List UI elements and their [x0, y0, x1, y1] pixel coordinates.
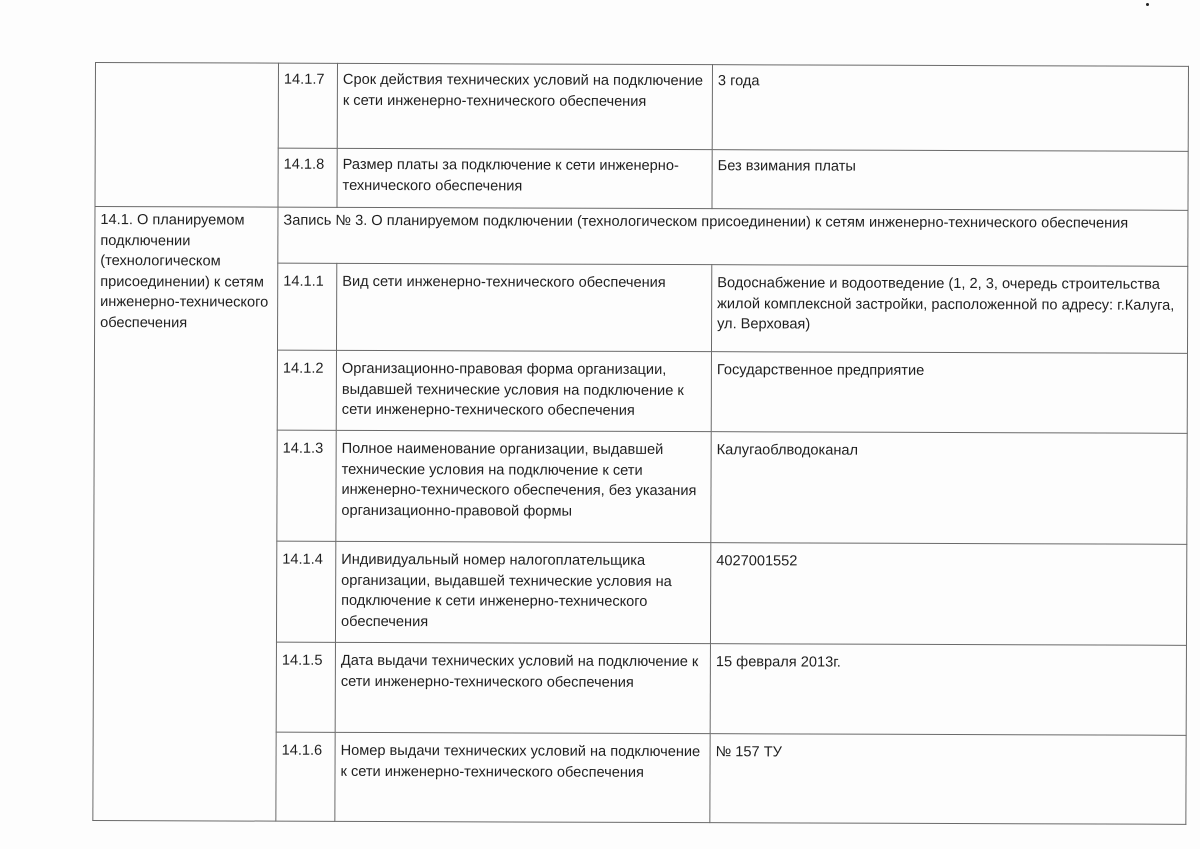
row-label: Номер выдачи технических условий на подк… [335, 732, 710, 822]
row-value: № 157 ТУ [710, 734, 1186, 825]
row-value: 4027001552 [710, 543, 1186, 646]
row-value: Без взимания платы [712, 150, 1188, 211]
row-label: Срок действия технических условий на под… [337, 63, 712, 149]
row-label: Размер платы за подключение к сети инжен… [337, 148, 712, 208]
row-number: 14.1.5 [276, 642, 335, 732]
row-label: Организационно-правовая форма организаци… [336, 350, 711, 431]
row-number: 14.1.3 [277, 430, 336, 541]
row-value: 15 февраля 2013г. [710, 644, 1186, 736]
row-label: Дата выдачи технических условий на подкл… [335, 642, 710, 733]
record-title: Запись № 3. О планируемом подключении (т… [278, 207, 1188, 266]
row-number: 14.1.1 [277, 263, 336, 350]
row-number: 14.1.7 [278, 63, 337, 148]
table-row: 14.1.7 Срок действия технических условий… [95, 63, 1188, 152]
row-label: Вид сети инженерно-технического обеспече… [336, 263, 711, 351]
scanned-page: 14.1.7 Срок действия технических условий… [0, 0, 1200, 849]
connection-info-table: 14.1.7 Срок действия технических условий… [92, 62, 1189, 825]
row-number: 14.1.6 [276, 732, 335, 821]
row-value: Калугаоблводоканал [711, 432, 1187, 545]
row-number: 14.1.8 [278, 148, 337, 207]
record-header-row: 14.1. О планируемом подключении (техноло… [95, 207, 1188, 267]
row-value: Государственное предприятие [711, 352, 1187, 434]
row-number: 14.1.4 [276, 541, 335, 642]
row-number: 14.1.2 [277, 350, 336, 430]
section-title: 14.1. О планируемом подключении (техноло… [93, 207, 278, 822]
row-value: 3 года [712, 65, 1188, 152]
row-value: Водоснабжение и водоотведение (1, 2, 3, … [711, 265, 1187, 354]
row-label: Полное наименование организации, выдавше… [336, 430, 711, 542]
row-label: Индивидуальный номер налогоплательщика о… [335, 541, 710, 643]
section-cell-empty [95, 63, 279, 208]
scan-speck [1146, 3, 1149, 6]
